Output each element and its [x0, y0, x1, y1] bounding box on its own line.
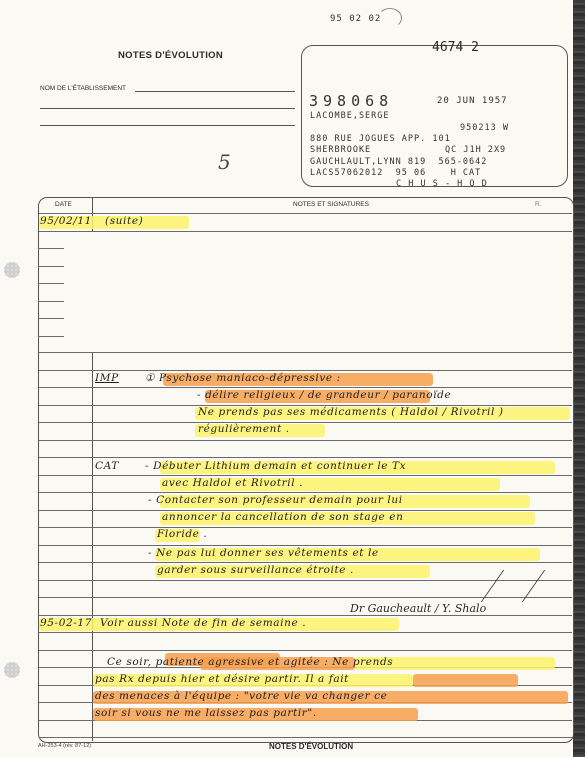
ruled-line [39, 213, 572, 214]
ruled-line [39, 422, 572, 423]
establishment-label: NOM DE L'ÉTABLISSEMENT [40, 85, 126, 92]
stamp-mark [378, 8, 402, 28]
entry-text: (suite) [105, 215, 143, 227]
stamp-date: 95 02 02 [330, 14, 381, 24]
patient-insurance: LACS57062012 95 06 H CAT [310, 168, 481, 178]
patient-address: 880 RUE JOGUES APP. 101 [310, 134, 451, 144]
entry-date: 95-02-17 [40, 617, 92, 629]
highlight [413, 674, 518, 687]
ruled-line [39, 231, 572, 232]
patient-postal: QC J1H 2X9 [445, 145, 506, 155]
entry-text: annoncer la cancellation de son stage en [162, 511, 403, 523]
form-code: AH-253-4 (rév. 87-12) [38, 743, 91, 749]
page-number: 5 [218, 150, 231, 174]
signature: Dr Gaucheault / Y. Shalo [350, 602, 486, 615]
entry-text: - Débuter Lithium demain et continuer le… [145, 460, 406, 472]
ruled-line [39, 492, 572, 493]
patient-contact: GAUCHLAULT,LYNN 819 565-0642 [310, 157, 487, 167]
entry-text: ① Psychose maniaco-dépressive : [145, 372, 341, 384]
entry-text: pas Rx depuis hier et désire partir. Il … [95, 673, 349, 685]
hole-punch [4, 662, 20, 678]
patient-city: SHERBROOKE [310, 145, 371, 155]
entry-text: Ce soir, patiente agressive et agitée : … [107, 656, 393, 668]
entry-text: - Contacter son professeur demain pour l… [148, 494, 403, 506]
entry-text: régulièrement . [198, 423, 290, 435]
header-mark: R. [535, 201, 542, 208]
ruled-dash [38, 266, 64, 267]
entry-date: 95/02/11 [40, 215, 92, 227]
section-imp: IMP [95, 372, 119, 384]
ruled-line [39, 370, 572, 371]
ruled-line [39, 352, 572, 353]
entry-text: - délire religieux / de grandeur / paran… [197, 389, 451, 401]
entry-text: Voir aussi Note de fin de semaine . [100, 617, 306, 629]
header-notes: NOTES ET SIGNATURES [293, 201, 369, 208]
ruled-line [39, 580, 572, 581]
ruled-dash [38, 301, 64, 302]
ruled-line [39, 632, 572, 633]
ruled-line [39, 475, 572, 476]
ruled-dash [38, 248, 64, 249]
form-title: NOTES D'ÉVOLUTION [118, 50, 223, 61]
entry-text: des menaces à l'équipe : "votre vie va c… [95, 690, 387, 702]
entry-text: garder sous surveillance étroite . [157, 564, 354, 576]
ruled-line [39, 457, 572, 458]
ruled-dash [38, 336, 64, 337]
entry-text: Floride . [157, 528, 207, 540]
hole-punch [4, 262, 20, 278]
ruled-line [39, 527, 572, 528]
footer-title: NOTES D'ÉVOLUTION [269, 742, 353, 751]
ruled-line [39, 387, 572, 388]
section-cat: CAT [95, 460, 119, 472]
patient-name: LACOMBE,SERGE [310, 111, 390, 121]
scan-edge [573, 0, 585, 757]
hospital-code: C H U S - H O D [396, 179, 488, 189]
ruled-line [39, 737, 572, 738]
header-date: DATE [55, 201, 72, 208]
ruled-line [39, 615, 572, 616]
ruled-line [39, 545, 572, 546]
patient-id: 398068 [309, 92, 393, 110]
ruled-line [39, 650, 572, 651]
entry-text: - Ne pas lui donner ses vêtements et le [148, 547, 379, 559]
ruled-dash [38, 283, 64, 284]
entry-text: soir si vous ne me laissez pas partir". [95, 707, 317, 719]
ruled-line [39, 562, 572, 563]
ruled-line [39, 440, 572, 441]
entry-text: Ne prends pas ses médicaments ( Haldol /… [198, 406, 504, 418]
admission-code: 950213 W [460, 123, 509, 133]
establishment-line [135, 91, 295, 92]
establishment-line [40, 125, 295, 126]
establishment-line [40, 108, 295, 109]
entry-text: avec Haldol et Rivotril . [162, 477, 303, 489]
birth-date: 20 JUN 1957 [437, 96, 508, 106]
ruled-dash [38, 318, 64, 319]
file-number: 4674 2 [432, 40, 479, 55]
